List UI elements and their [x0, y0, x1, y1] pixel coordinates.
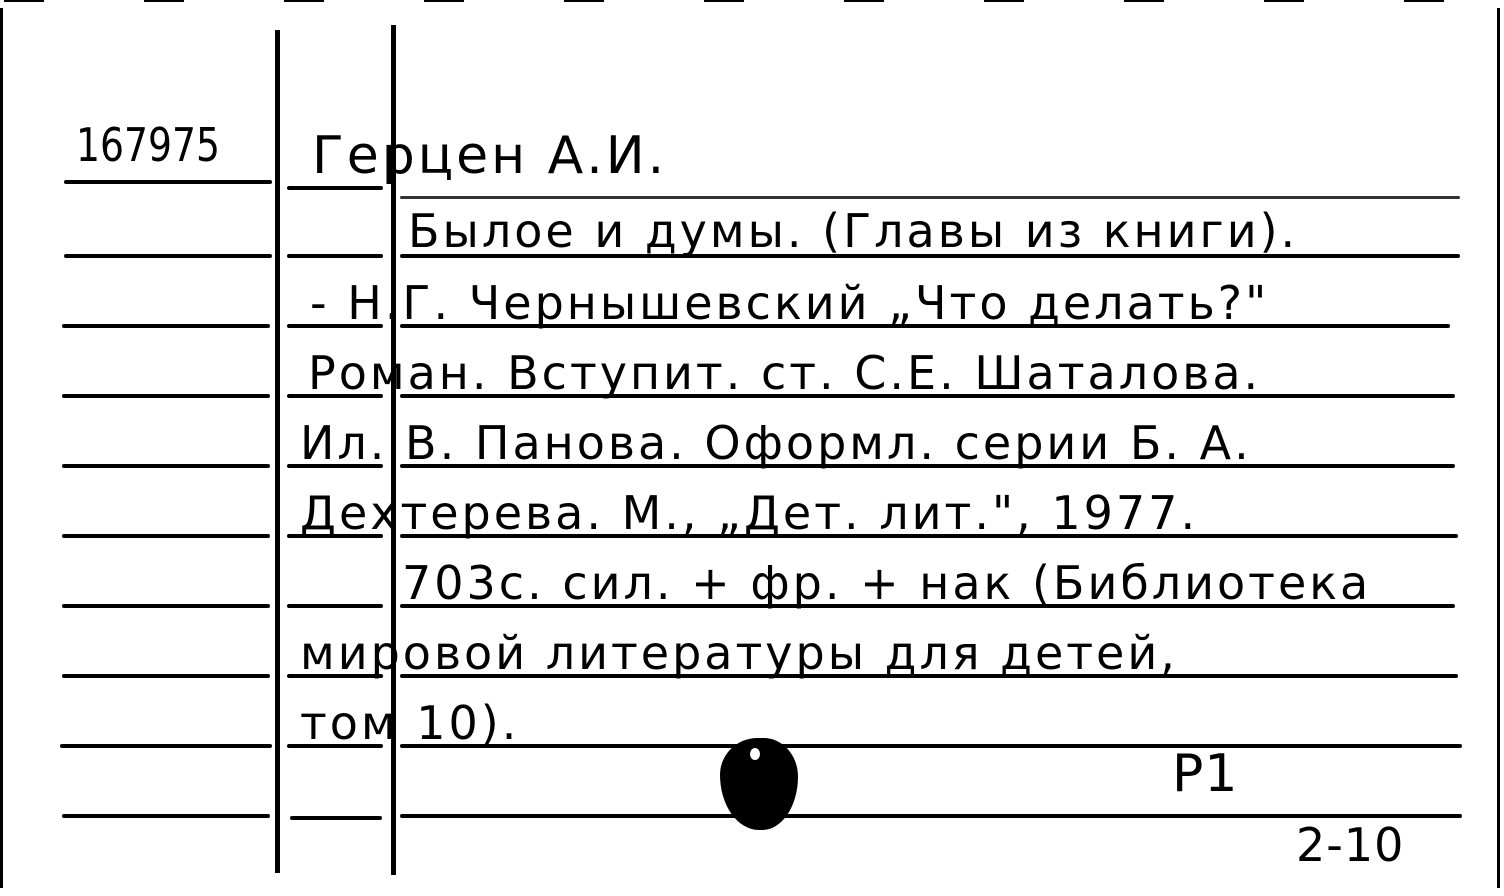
- ruled-line: [287, 186, 383, 190]
- description-line-4: Ил. В. Панова. Оформл. серии Б. А.: [300, 420, 1252, 466]
- card-right-edge: [1497, 8, 1500, 888]
- ruled-line: [64, 254, 272, 258]
- description-line-1: Былое и думы. (Главы из книги).: [408, 208, 1298, 254]
- ruled-line: [64, 180, 272, 184]
- card-left-edge: [0, 8, 3, 888]
- ruled-line: [62, 324, 270, 328]
- description-line-7: мировой литературы для детей,: [300, 630, 1178, 676]
- ruled-line: [62, 394, 270, 398]
- ruled-line: [287, 604, 383, 608]
- description-line-8: том 10).: [300, 700, 519, 746]
- ruled-line: [290, 816, 382, 820]
- ruled-line: [62, 604, 270, 608]
- vertical-rule-1: [275, 30, 280, 873]
- description-line-2: - Н.Г. Чернышевский „Что делать?": [310, 280, 1269, 326]
- ruled-line: [62, 674, 270, 678]
- ruled-line: [400, 744, 1462, 748]
- ruled-line: [60, 744, 272, 748]
- description-line-6: 703с. сил. + фр. + нак (Библиотека: [402, 560, 1371, 606]
- ruled-line: [400, 196, 1460, 199]
- ruled-line: [62, 814, 270, 818]
- ruled-line: [62, 534, 270, 538]
- author-heading: Герцен А.И.: [312, 130, 667, 182]
- card-code: 2-10: [1296, 822, 1404, 868]
- ruled-line: [287, 254, 383, 258]
- shelf-mark: Р1: [1172, 748, 1238, 800]
- description-line-3: Роман. Вступит. ст. С.Е. Шаталова.: [308, 350, 1261, 396]
- ruled-line: [62, 464, 270, 468]
- inventory-number: 167975: [76, 122, 220, 168]
- card-top-edge: [4, 0, 1494, 2]
- catalog-card: 167975 Герцен А.И. Былое и думы. (Главы …: [0, 0, 1504, 896]
- description-line-5: Дехтерева. М., „Дет. лит.", 1977.: [300, 490, 1198, 536]
